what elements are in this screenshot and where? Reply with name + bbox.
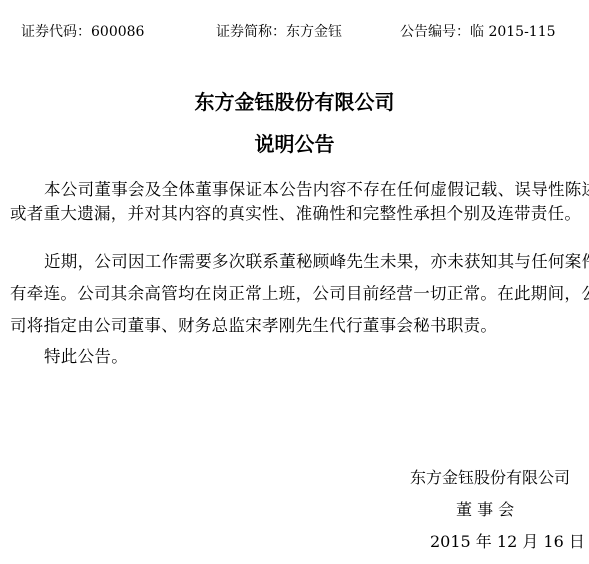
stock-name: 证券简称：东方金钰	[216, 21, 342, 41]
paragraph-line: 近期，公司因工作需要多次联系董秘顾峰先生未果，亦未获知其与任何案件	[10, 248, 570, 272]
document-title: 说明公告	[0, 128, 589, 157]
signature-company: 东方金钰股份有限公司	[410, 465, 570, 488]
paragraph-line: 或者重大遗漏，并对其内容的真实性、准确性和完整性承担个别及连带责任。	[10, 200, 570, 224]
signature-date: 2015 年 12 月 16 日	[430, 529, 585, 552]
company-title: 东方金钰股份有限公司	[0, 86, 589, 115]
paragraph-line: 有牵连。公司其余高管均在岗正常上班，公司目前经营一切正常。在此期间，公	[10, 280, 570, 304]
stock-code: 证券代码：600086	[21, 21, 144, 41]
signature-board: 董 事 会	[456, 497, 514, 520]
closing-text: 特此公告。	[10, 343, 570, 367]
announcement-number: 公告编号：临 2015-115	[400, 21, 556, 41]
paragraph-line: 本公司董事会及全体董事保证本公告内容不存在任何虚假记载、误导性陈述	[10, 176, 570, 200]
paragraph-line: 司将指定由公司董事、财务总监宋孝刚先生代行董事会秘书职责。	[10, 312, 570, 336]
